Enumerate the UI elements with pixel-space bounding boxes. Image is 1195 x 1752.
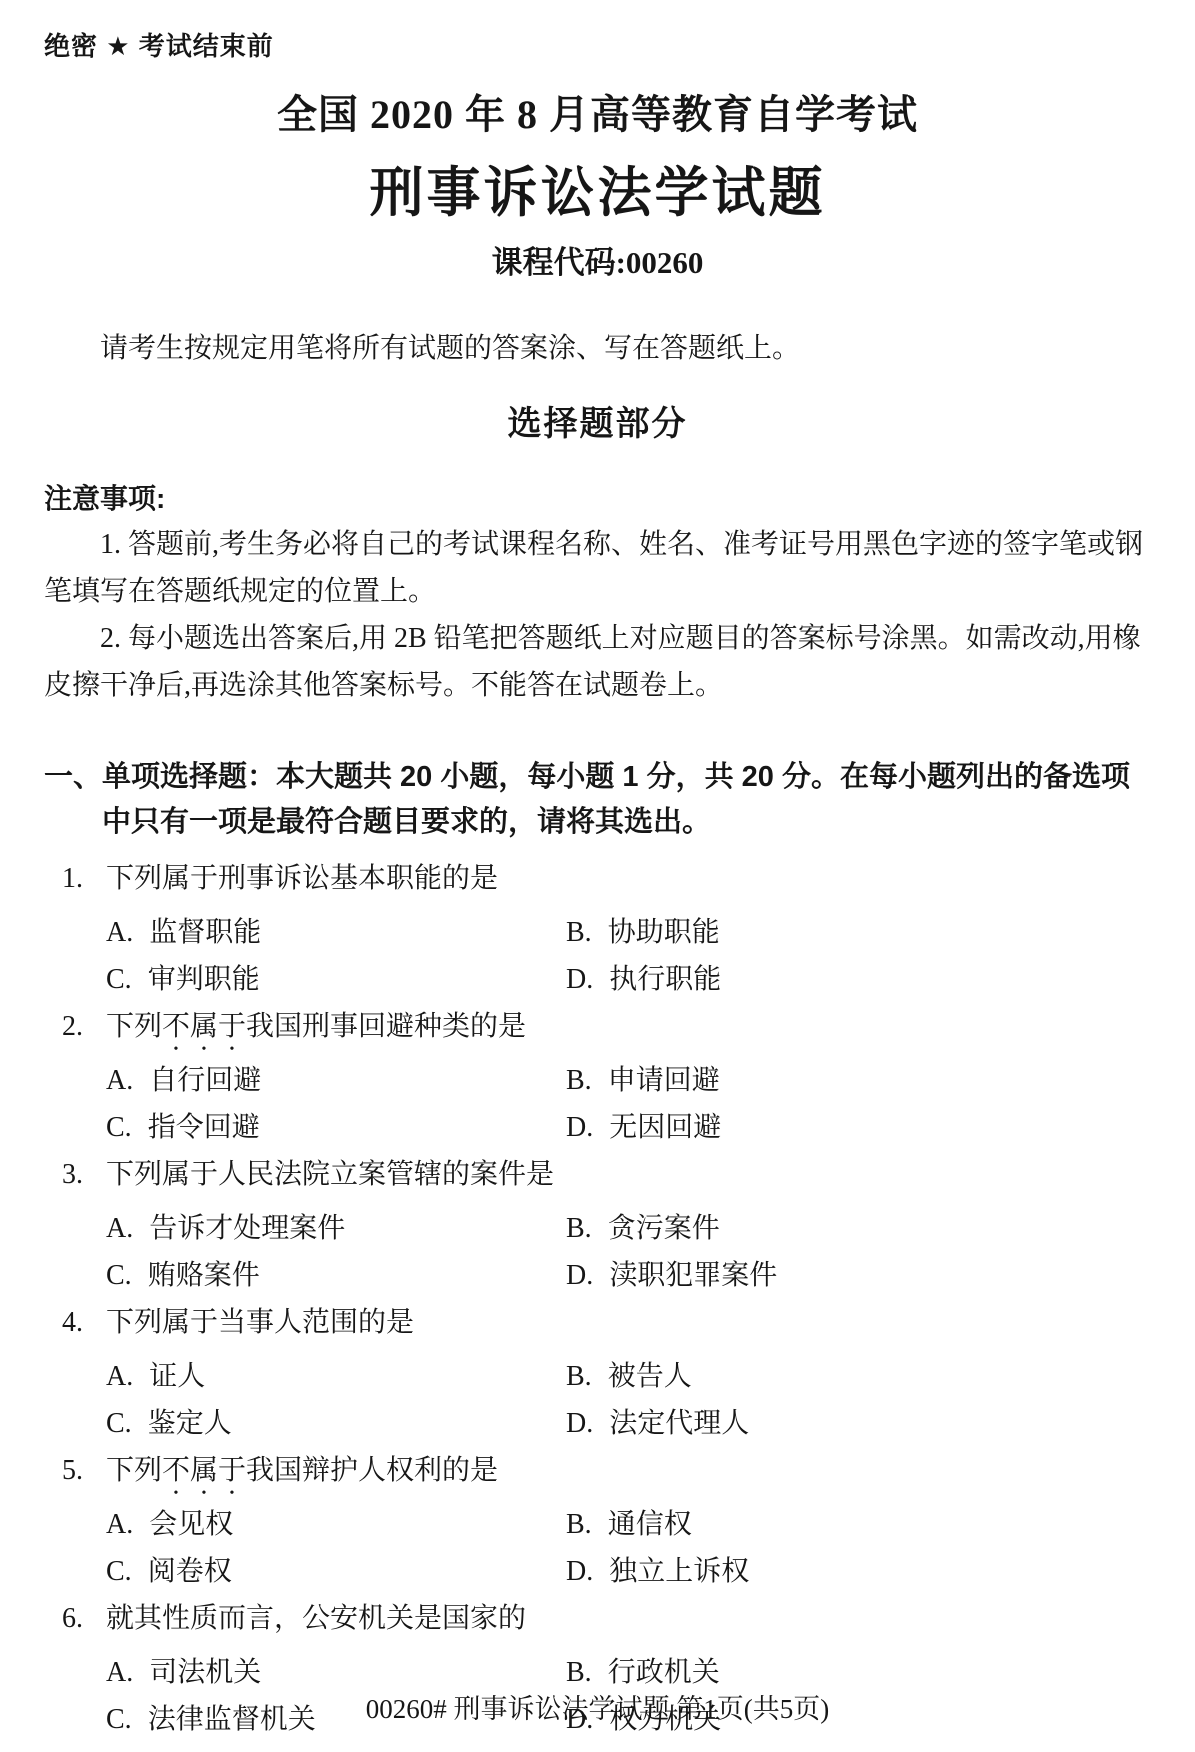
security-classification: 绝密 ★ 考试结束前 [44, 26, 1151, 63]
notes-heading: 注意事项: [44, 477, 1151, 517]
question-number: 6. [62, 1595, 106, 1642]
option-c: C.审判职能 [106, 956, 566, 1003]
options-row: C.指令回避 D.无因回避 [44, 1104, 1151, 1151]
option-b: B.通信权 [566, 1501, 1151, 1548]
question-text: 2. 下列不属于我国刑事回避种类的是 [44, 1003, 1151, 1057]
note-item-2: 2. 每小题选出答案后,用 2B 铅笔把答题纸上对应题目的答案标号涂黑。如需改动… [44, 615, 1151, 709]
question-number: 5. [62, 1447, 106, 1494]
question-4: 4. 下列属于当事人范围的是 A.证人 B.被告人 C.鉴定人 D.法定代理人 [44, 1299, 1151, 1447]
question-stem: 下列属于刑事诉讼基本职能的是 [106, 855, 498, 909]
option-b: B.协助职能 [566, 909, 1151, 956]
option-c: C.鉴定人 [106, 1400, 566, 1447]
options-row: C.鉴定人 D.法定代理人 [44, 1400, 1151, 1447]
page-footer: 00260# 刑事诉讼法学试题 第1页(共5页) [0, 1687, 1195, 1726]
question-number: 2. [62, 1003, 106, 1050]
option-a: A.自行回避 [106, 1057, 566, 1104]
question-5: 5. 下列不属于我国辩护人权利的是 A.会见权 B.通信权 C.阅卷权 D.独立… [44, 1447, 1151, 1595]
exam-title-line2: 刑事诉讼法学试题 [44, 150, 1151, 227]
question-list: 1. 下列属于刑事诉讼基本职能的是 A.监督职能 B.协助职能 C.审判职能 D… [44, 855, 1151, 1743]
option-c: C.阅卷权 [106, 1548, 566, 1595]
options-row: A.监督职能 B.协助职能 [44, 909, 1151, 956]
exam-paper-page: 绝密 ★ 考试结束前 全国 2020 年 8 月高等教育自学考试 刑事诉讼法学试… [0, 0, 1195, 1752]
question-number: 4. [62, 1299, 106, 1346]
question-stem: 下列属于当事人范围的是 [106, 1299, 414, 1353]
option-b: B.贪污案件 [566, 1205, 1151, 1252]
option-b: B.被告人 [566, 1353, 1151, 1400]
option-d: D.法定代理人 [566, 1400, 1151, 1447]
option-d: D.独立上诉权 [566, 1548, 1151, 1595]
option-d: D.执行职能 [566, 956, 1151, 1003]
question-number: 3. [62, 1151, 106, 1198]
exam-title-line1: 全国 2020 年 8 月高等教育自学考试 [44, 83, 1151, 140]
option-b: B.申请回避 [566, 1057, 1151, 1104]
question-3: 3. 下列属于人民法院立案管辖的案件是 A.告诉才处理案件 B.贪污案件 C.贿… [44, 1151, 1151, 1299]
option-c: C.指令回避 [106, 1104, 566, 1151]
question-2: 2. 下列不属于我国刑事回避种类的是 A.自行回避 B.申请回避 C.指令回避 … [44, 1003, 1151, 1151]
emphasized-text: 不属于 [162, 1011, 246, 1042]
part-title-multiple-choice: 选择题部分 [44, 396, 1151, 445]
options-row: C.审判职能 D.执行职能 [44, 956, 1151, 1003]
option-a: A.告诉才处理案件 [106, 1205, 566, 1252]
question-number: 1. [62, 855, 106, 902]
question-text: 6. 就其性质而言，公安机关是国家的 [44, 1595, 1151, 1649]
question-1: 1. 下列属于刑事诉讼基本职能的是 A.监督职能 B.协助职能 C.审判职能 D… [44, 855, 1151, 1003]
question-text: 5. 下列不属于我国辩护人权利的是 [44, 1447, 1151, 1501]
answer-sheet-instruction: 请考生按规定用笔将所有试题的答案涂、写在答题纸上。 [44, 326, 1151, 366]
option-a: A.会见权 [106, 1501, 566, 1548]
options-row: A.会见权 B.通信权 [44, 1501, 1151, 1548]
options-row: A.证人 B.被告人 [44, 1353, 1151, 1400]
question-stem: 下列属于人民法院立案管辖的案件是 [106, 1151, 554, 1205]
question-stem: 下列不属于我国刑事回避种类的是 [106, 1003, 526, 1057]
option-a: A.证人 [106, 1353, 566, 1400]
option-d: D.无因回避 [566, 1104, 1151, 1151]
options-row: A.自行回避 B.申请回避 [44, 1057, 1151, 1104]
question-stem: 下列不属于我国辩护人权利的是 [106, 1447, 498, 1501]
options-row: A.告诉才处理案件 B.贪污案件 [44, 1205, 1151, 1252]
question-text: 4. 下列属于当事人范围的是 [44, 1299, 1151, 1353]
note-item-1: 1. 答题前,考生务必将自己的考试课程名称、姓名、准考证号用黑色字迹的签字笔或钢… [44, 521, 1151, 615]
option-a: A.监督职能 [106, 909, 566, 956]
option-c: C.贿赂案件 [106, 1252, 566, 1299]
emphasized-text: 不属于 [162, 1455, 246, 1486]
options-row: C.阅卷权 D.独立上诉权 [44, 1548, 1151, 1595]
course-code: 课程代码:00260 [44, 237, 1151, 282]
question-stem: 就其性质而言，公安机关是国家的 [106, 1595, 526, 1649]
section-heading-single-choice: 一、单项选择题：本大题共 20 小题，每小题 1 分，共 20 分。在每小题列出… [44, 755, 1151, 845]
question-text: 3. 下列属于人民法院立案管辖的案件是 [44, 1151, 1151, 1205]
option-d: D.渎职犯罪案件 [566, 1252, 1151, 1299]
question-text: 1. 下列属于刑事诉讼基本职能的是 [44, 855, 1151, 909]
options-row: C.贿赂案件 D.渎职犯罪案件 [44, 1252, 1151, 1299]
